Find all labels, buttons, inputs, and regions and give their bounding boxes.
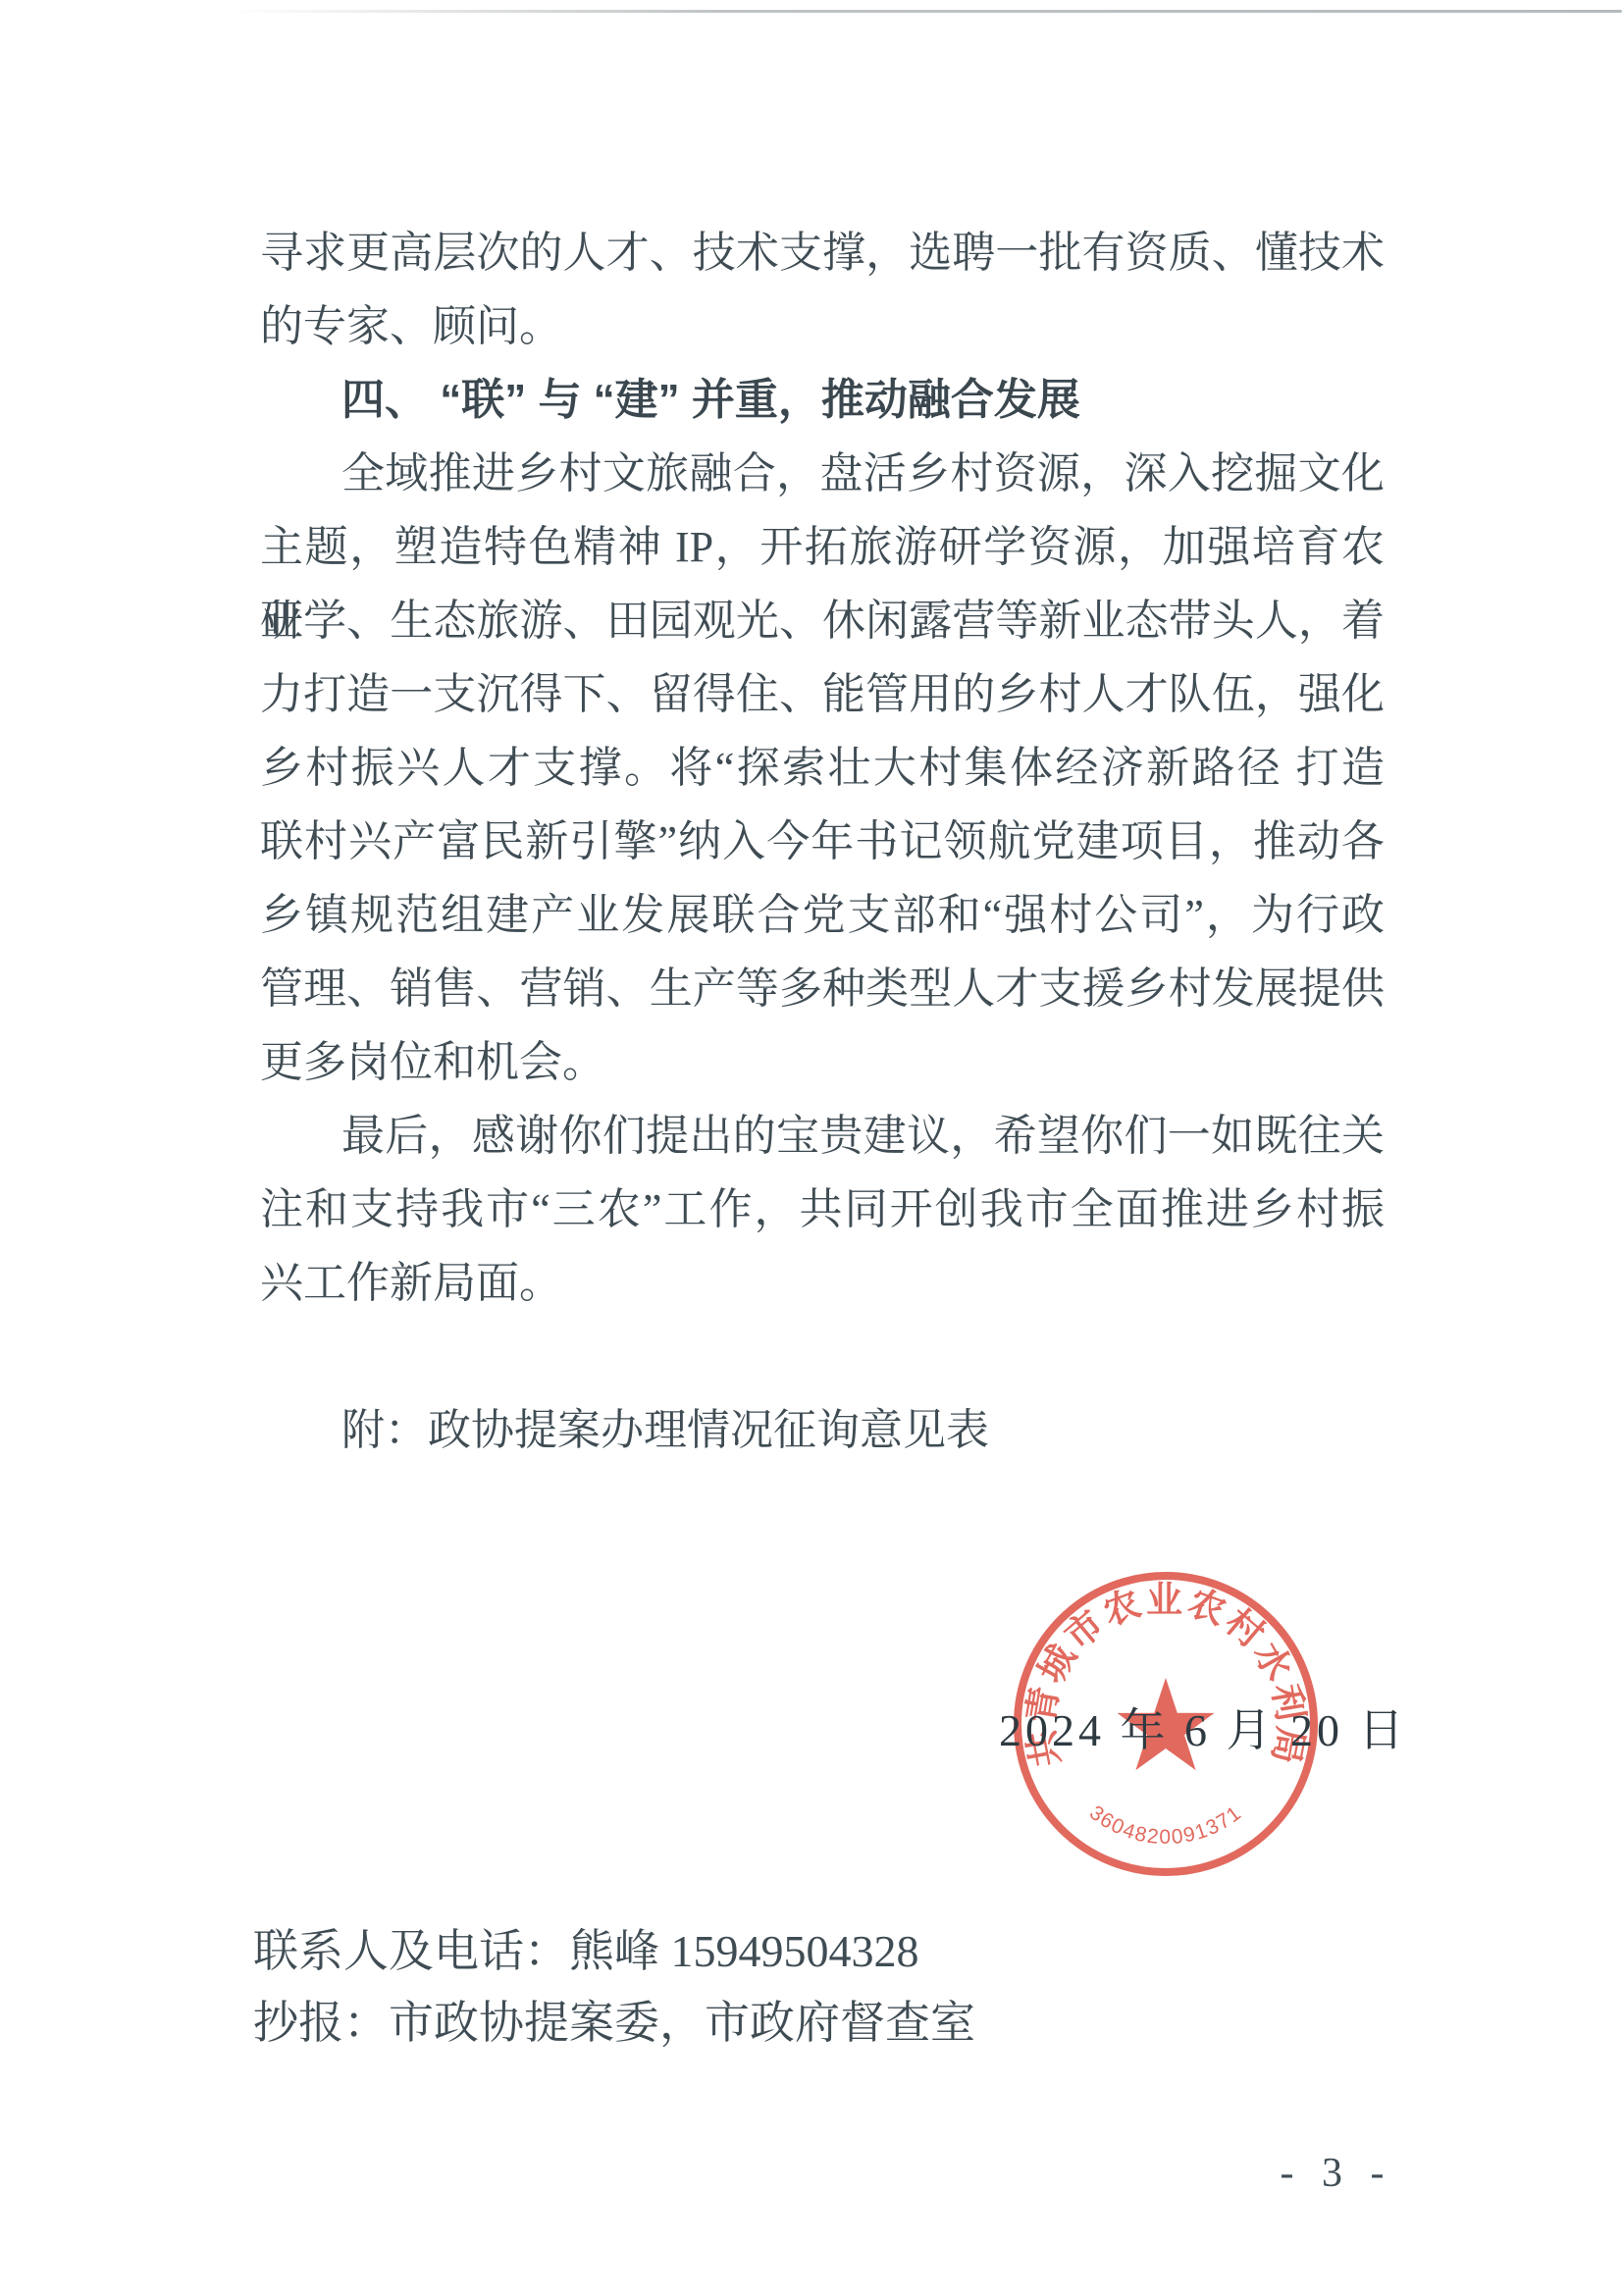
- text-line: 最后，感谢你们提出的宝贵建议，希望你们一如既往关: [260, 1099, 1385, 1173]
- section-heading: 四、 “联” 与 “建” 并重，推动融合发展: [260, 363, 1385, 437]
- document-page: 寻求更高层次的人才、技术支撑，选聘一批有资质、懂技术的专家、顾问。四、 “联” …: [0, 0, 1622, 2296]
- text-line: 更多岗位和机会。: [260, 1025, 1385, 1099]
- blank-line: [260, 1320, 1385, 1393]
- text-line: 兴工作新局面。: [260, 1246, 1385, 1320]
- text-line: 主题，塑造特色精神 IP，开拓旅游研学资源，加强培育农业: [260, 510, 1385, 584]
- text-line: 注和支持我市“三农”工作，共同开创我市全面推进乡村振: [260, 1173, 1385, 1246]
- text-line: 全域推进乡村文旅融合，盘活乡村资源，深入挖掘文化: [260, 437, 1385, 510]
- text-line: 乡镇规范组建产业发展联合党支部和“强村公司”，为行政: [260, 878, 1385, 952]
- contact-info: 联系人及电话：熊峰 15949504328 抄报：市政协提案委，市政府督查室: [253, 1915, 1431, 2059]
- text-line: 研学、生态旅游、田园观光、休闲露营等新业态带头人，着: [260, 584, 1385, 657]
- text-line: 寻求更高层次的人才、技术支撑，选聘一批有资质、懂技术: [260, 216, 1385, 289]
- text-line: 附：政协提案办理情况征询意见表: [260, 1393, 1385, 1467]
- body-text: 寻求更高层次的人才、技术支撑，选聘一批有资质、懂技术的专家、顾问。四、 “联” …: [260, 216, 1385, 1467]
- scan-artifact-line: [228, 10, 1622, 13]
- text-line: 乡村振兴人才支撑。将“探索壮大村集体经济新路径 打造: [260, 731, 1385, 805]
- issue-date: 2024 年 6 月 20 日: [999, 1705, 1408, 1756]
- page-number: - 3 -: [1268, 2151, 1405, 2196]
- contact-line: 联系人及电话：熊峰 15949504328: [253, 1915, 1431, 1987]
- text-line: 力打造一支沉得下、留得住、能管用的乡村人才队伍，强化: [260, 657, 1385, 731]
- text-line: 管理、销售、营销、生产等多种类型人才支援乡村发展提供: [260, 952, 1385, 1025]
- text-line: 联村兴产富民新引擎”纳入今年书记领航党建项目，推动各: [260, 805, 1385, 878]
- text-line: 的专家、顾问。: [260, 289, 1385, 363]
- svg-text:3604820091371: 3604820091371: [1085, 1801, 1246, 1849]
- cc-note: 抄报：市政协提案委，市政府督查室: [253, 1987, 1431, 2059]
- seal-code: 3604820091371: [1085, 1801, 1246, 1849]
